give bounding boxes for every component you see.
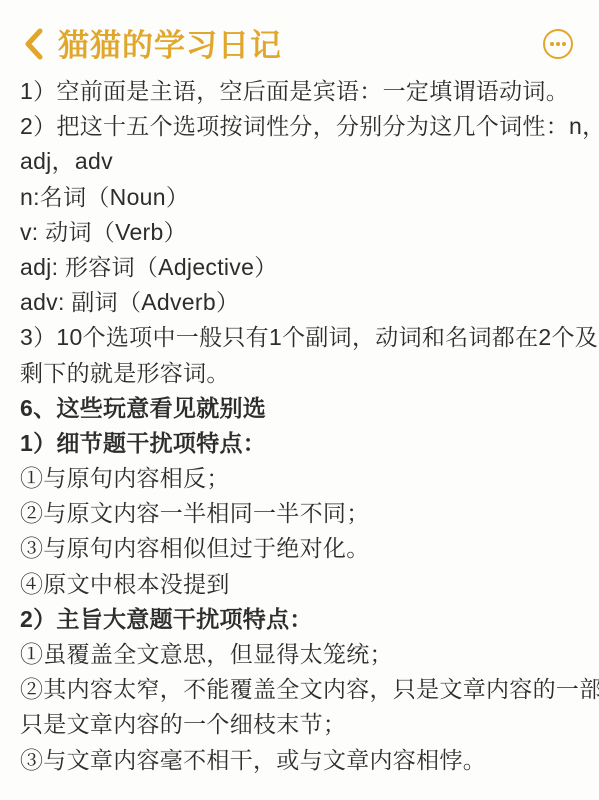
page-title: 猫猫的学习日记 [58, 28, 282, 61]
note-body: 1）空前面是主语，空后面是宾语：一定填谓语动词。2）把这十五个选项按词性分，分别… [20, 74, 579, 778]
ellipsis-icon [550, 42, 554, 46]
note-line: v: 动词（Verb） [20, 215, 579, 250]
header: 猫猫的学习日记 [0, 0, 599, 64]
note-line: 3）10个选项中一般只有1个副词，动词和名词都在2个及以上， [20, 320, 579, 355]
note-line: 只是文章内容的一个细枝末节； [20, 707, 579, 742]
note-line: ②其内容太窄，不能覆盖全文内容，只是文章内容的一部分，或 [20, 672, 579, 707]
note-line: 6、这些玩意看见就别选 [20, 391, 579, 426]
study-diary-page: 猫猫的学习日记 1）空前面是主语，空后面是宾语：一定填谓语动词。2）把这十五个选… [0, 0, 599, 800]
note-line: ④原文中根本没提到 [20, 567, 579, 602]
note-line: 2）把这十五个选项按词性分，分别分为这几个词性：n，v， [20, 109, 579, 144]
note-line: 1）空前面是主语，空后面是宾语：一定填谓语动词。 [20, 74, 579, 109]
note-line: ①与原句内容相反； [20, 461, 579, 496]
note-line: ③与文章内容毫不相干，或与文章内容相悖。 [20, 743, 579, 778]
back-button[interactable] [22, 27, 46, 61]
note-line: ②与原文内容一半相同一半不同； [20, 496, 579, 531]
note-line: adj，adv [20, 144, 579, 179]
note-line: n:名词（Noun） [20, 180, 579, 215]
ellipsis-icon [562, 42, 566, 46]
note-line: 2）主旨大意题干扰项特点： [20, 602, 579, 637]
chevron-left-icon [24, 28, 44, 60]
note-line: 1）细节题干扰项特点： [20, 426, 579, 461]
ellipsis-icon [556, 42, 560, 46]
note-line: 剩下的就是形容词。 [20, 356, 579, 391]
note-line: ①虽覆盖全文意思，但显得太笼统； [20, 637, 579, 672]
header-left: 猫猫的学习日记 [22, 27, 282, 61]
more-options-button[interactable] [543, 29, 573, 59]
note-line: adj: 形容词（Adjective） [20, 250, 579, 285]
note-line: ③与原句内容相似但过于绝对化。 [20, 531, 579, 566]
note-line: adv: 副词（Adverb） [20, 285, 579, 320]
